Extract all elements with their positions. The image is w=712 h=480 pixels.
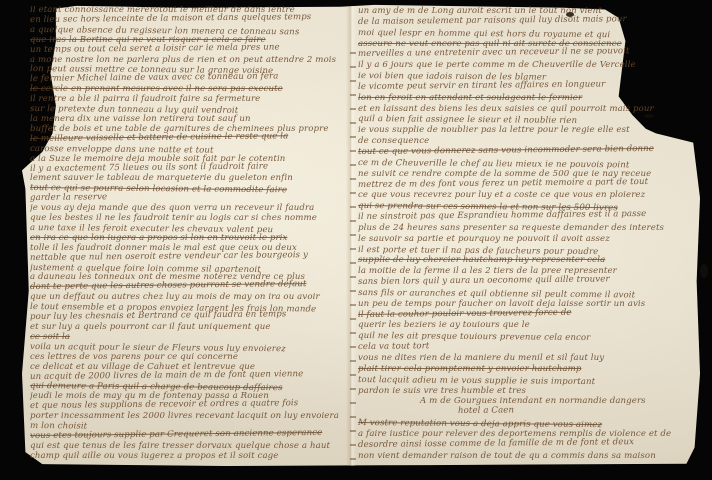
handwritten-line: supplie de luy chercier hautchamp luy re…	[358, 255, 682, 266]
handwritten-line: un temps ou tout cela seret a loisir car…	[30, 42, 348, 55]
handwritten-line: garder la reserve	[30, 191, 348, 204]
handwritten-line: nettable que nul nen oseroit estre vende…	[30, 250, 348, 263]
manuscript-scan: il etant connoissance mererotout le meil…	[0, 0, 712, 480]
handwritten-line: le sauvoir sa partie et pourquoy ne pouv…	[358, 234, 682, 245]
handwritten-line: vous etes toujours supplie par Crequeret…	[30, 429, 348, 442]
handwritten-line: sans bien lors quil y aura un oeconome q…	[358, 274, 682, 288]
handwritten-line: de la maison seulement par raisons quil …	[358, 13, 682, 27]
handwritten-line: en lieu sec hors lenceinte de la maison …	[30, 13, 348, 26]
right-page-text: un amy de m de Long auroit escrit un le …	[358, 6, 682, 461]
handwritten-line: ce que vous recevrez pour luy et a coste…	[358, 190, 682, 201]
handwritten-line: pour luy les chesnais et Bertrand ce qui…	[30, 310, 348, 323]
handwritten-line: pardon ie suis vre tres humble et tres	[358, 386, 682, 397]
handwritten-line: plus de 24 heures sans presenter sa requ…	[358, 223, 682, 234]
handwritten-line: ie vous supplie de noublier pas la lettr…	[358, 125, 682, 136]
handwritten-line: lon en feroit en attendant et soulageant…	[358, 93, 682, 104]
handwritten-line: non vient demander raison de tout de qu …	[358, 451, 682, 462]
handwritten-line: et que nous les supplions de recevoir et…	[30, 399, 348, 412]
margin-marks	[350, 40, 356, 460]
handwritten-line: le vicomte peut servir en tirant les aff…	[358, 79, 682, 93]
handwritten-line: vous ne dites rien de la maniere du meni…	[358, 353, 682, 364]
handwritten-line: et sur luy a quels pourront car il faut …	[30, 323, 348, 333]
edge-damage	[700, 264, 708, 278]
handwritten-line: et en laissant des biens les deux saisie…	[358, 104, 682, 115]
handwritten-line: hotel a Caen	[358, 404, 682, 418]
handwritten-line: desordre ainsi iosse comme de la famille…	[358, 436, 682, 450]
handwritten-line: cela va tout tort	[358, 339, 682, 353]
handwritten-line: ce soit la	[30, 333, 348, 343]
handwritten-line: il y a exactement 75 lieues ou ils sont …	[30, 161, 348, 174]
handwritten-line: dont te perte que les autres choses pour…	[30, 280, 348, 293]
handwritten-line: il ne sinstroit pas que Esprandieu homme…	[358, 209, 682, 223]
handwritten-line: plait tirer cela promptement y envoier h…	[358, 364, 682, 375]
handwritten-line: querir les beziers ie ay touiours que le	[358, 320, 682, 331]
handwritten-line: tout ce que vous donnerez sans vous inco…	[358, 144, 682, 158]
handwritten-line: il y a 6 jours que ie perte comme m de C…	[358, 60, 682, 71]
handwritten-line: le fermier Michel laine de vaux avec ce …	[30, 72, 348, 85]
handwritten-line: le meilleure vaisselle et batterie de cu…	[30, 131, 348, 144]
left-page-text: il etant connoissance mererotout le meil…	[30, 6, 348, 462]
handwritten-line: merveilles a une entretenir avec un rece…	[358, 46, 682, 60]
handwritten-line: champ quil aille ou vous iugerez a propo…	[30, 452, 348, 462]
